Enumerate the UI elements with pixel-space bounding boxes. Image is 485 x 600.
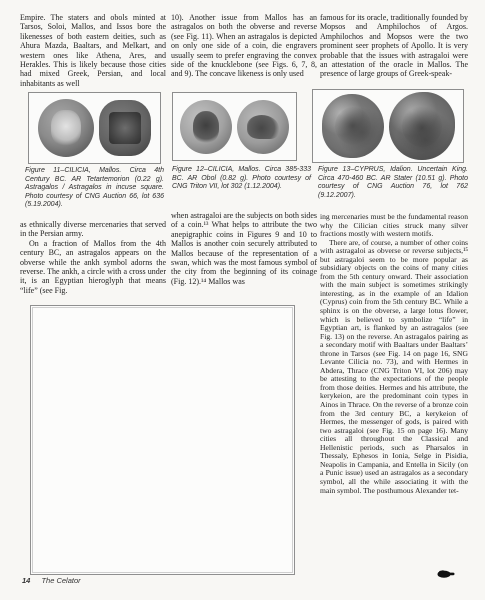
paragraph: famous for its oracle, traditionally fou… bbox=[320, 13, 468, 79]
continued-manicule-icon bbox=[437, 569, 455, 579]
figure-12-photo-frame bbox=[172, 92, 297, 161]
figure-12-reverse-coin-image bbox=[237, 100, 289, 154]
paragraph: There are, of course, a number of other … bbox=[320, 239, 468, 495]
incuse-square-motif bbox=[109, 112, 141, 144]
page-number: 14 bbox=[22, 576, 30, 585]
figure-12-obverse-coin-image bbox=[180, 100, 232, 154]
sphinx-motif bbox=[335, 107, 371, 145]
paragraph: On a fraction of Mallos from the 4th cen… bbox=[20, 239, 166, 295]
paragraph: 10). Another issue from Mallos has an as… bbox=[171, 13, 317, 79]
paragraph: when astragaloi are the subjects on both… bbox=[171, 211, 317, 286]
column-2-bottom: when astragaloi are the subjects on both… bbox=[171, 211, 317, 286]
figure-13-photo-frame bbox=[312, 89, 464, 163]
figure-13-obverse-coin-image bbox=[322, 94, 384, 158]
column-3-top: famous for its oracle, traditionally fou… bbox=[320, 13, 468, 79]
swan-motif bbox=[247, 115, 279, 139]
figure-13-caption: Figure 13–CYPRUS, Idalion. Uncertain Kin… bbox=[318, 166, 468, 200]
astragalos-motif bbox=[193, 111, 219, 143]
blank-ad-box-inner-border bbox=[32, 307, 293, 573]
magazine-page: Empire. The staters and obols minted at … bbox=[0, 0, 485, 600]
figure-11-reverse-coin-image bbox=[99, 100, 151, 156]
astragalos-motif bbox=[51, 110, 81, 146]
figure-11-photo-frame bbox=[28, 92, 161, 164]
figure-11-caption: Figure 11–CILICIA, Mallos. Circa 4th Cen… bbox=[25, 167, 164, 210]
page-footer: 14 The Celator bbox=[22, 576, 81, 585]
figure-13-reverse-coin-image bbox=[389, 92, 455, 160]
column-3-bottom: ing mercenaries must be the fundamental … bbox=[320, 213, 468, 495]
figure-12-caption: Figure 12–CILICIA, Mallos. Circa 385-333… bbox=[172, 166, 311, 192]
paragraph: ing mercenaries must be the fundamental … bbox=[320, 213, 468, 239]
column-2-top: 10). Another issue from Mallos has an as… bbox=[171, 13, 317, 79]
figure-11-obverse-coin-image bbox=[38, 99, 94, 157]
column-1-top: Empire. The staters and obols minted at … bbox=[20, 13, 166, 88]
blank-ad-box bbox=[30, 305, 295, 575]
magazine-title: The Celator bbox=[41, 576, 80, 585]
paragraph: as ethnically diverse mercenaries that s… bbox=[20, 220, 166, 239]
column-1-bottom: as ethnically diverse mercenaries that s… bbox=[20, 220, 166, 295]
paragraph: Empire. The staters and obols minted at … bbox=[20, 13, 166, 88]
lotus-motif bbox=[402, 105, 442, 147]
